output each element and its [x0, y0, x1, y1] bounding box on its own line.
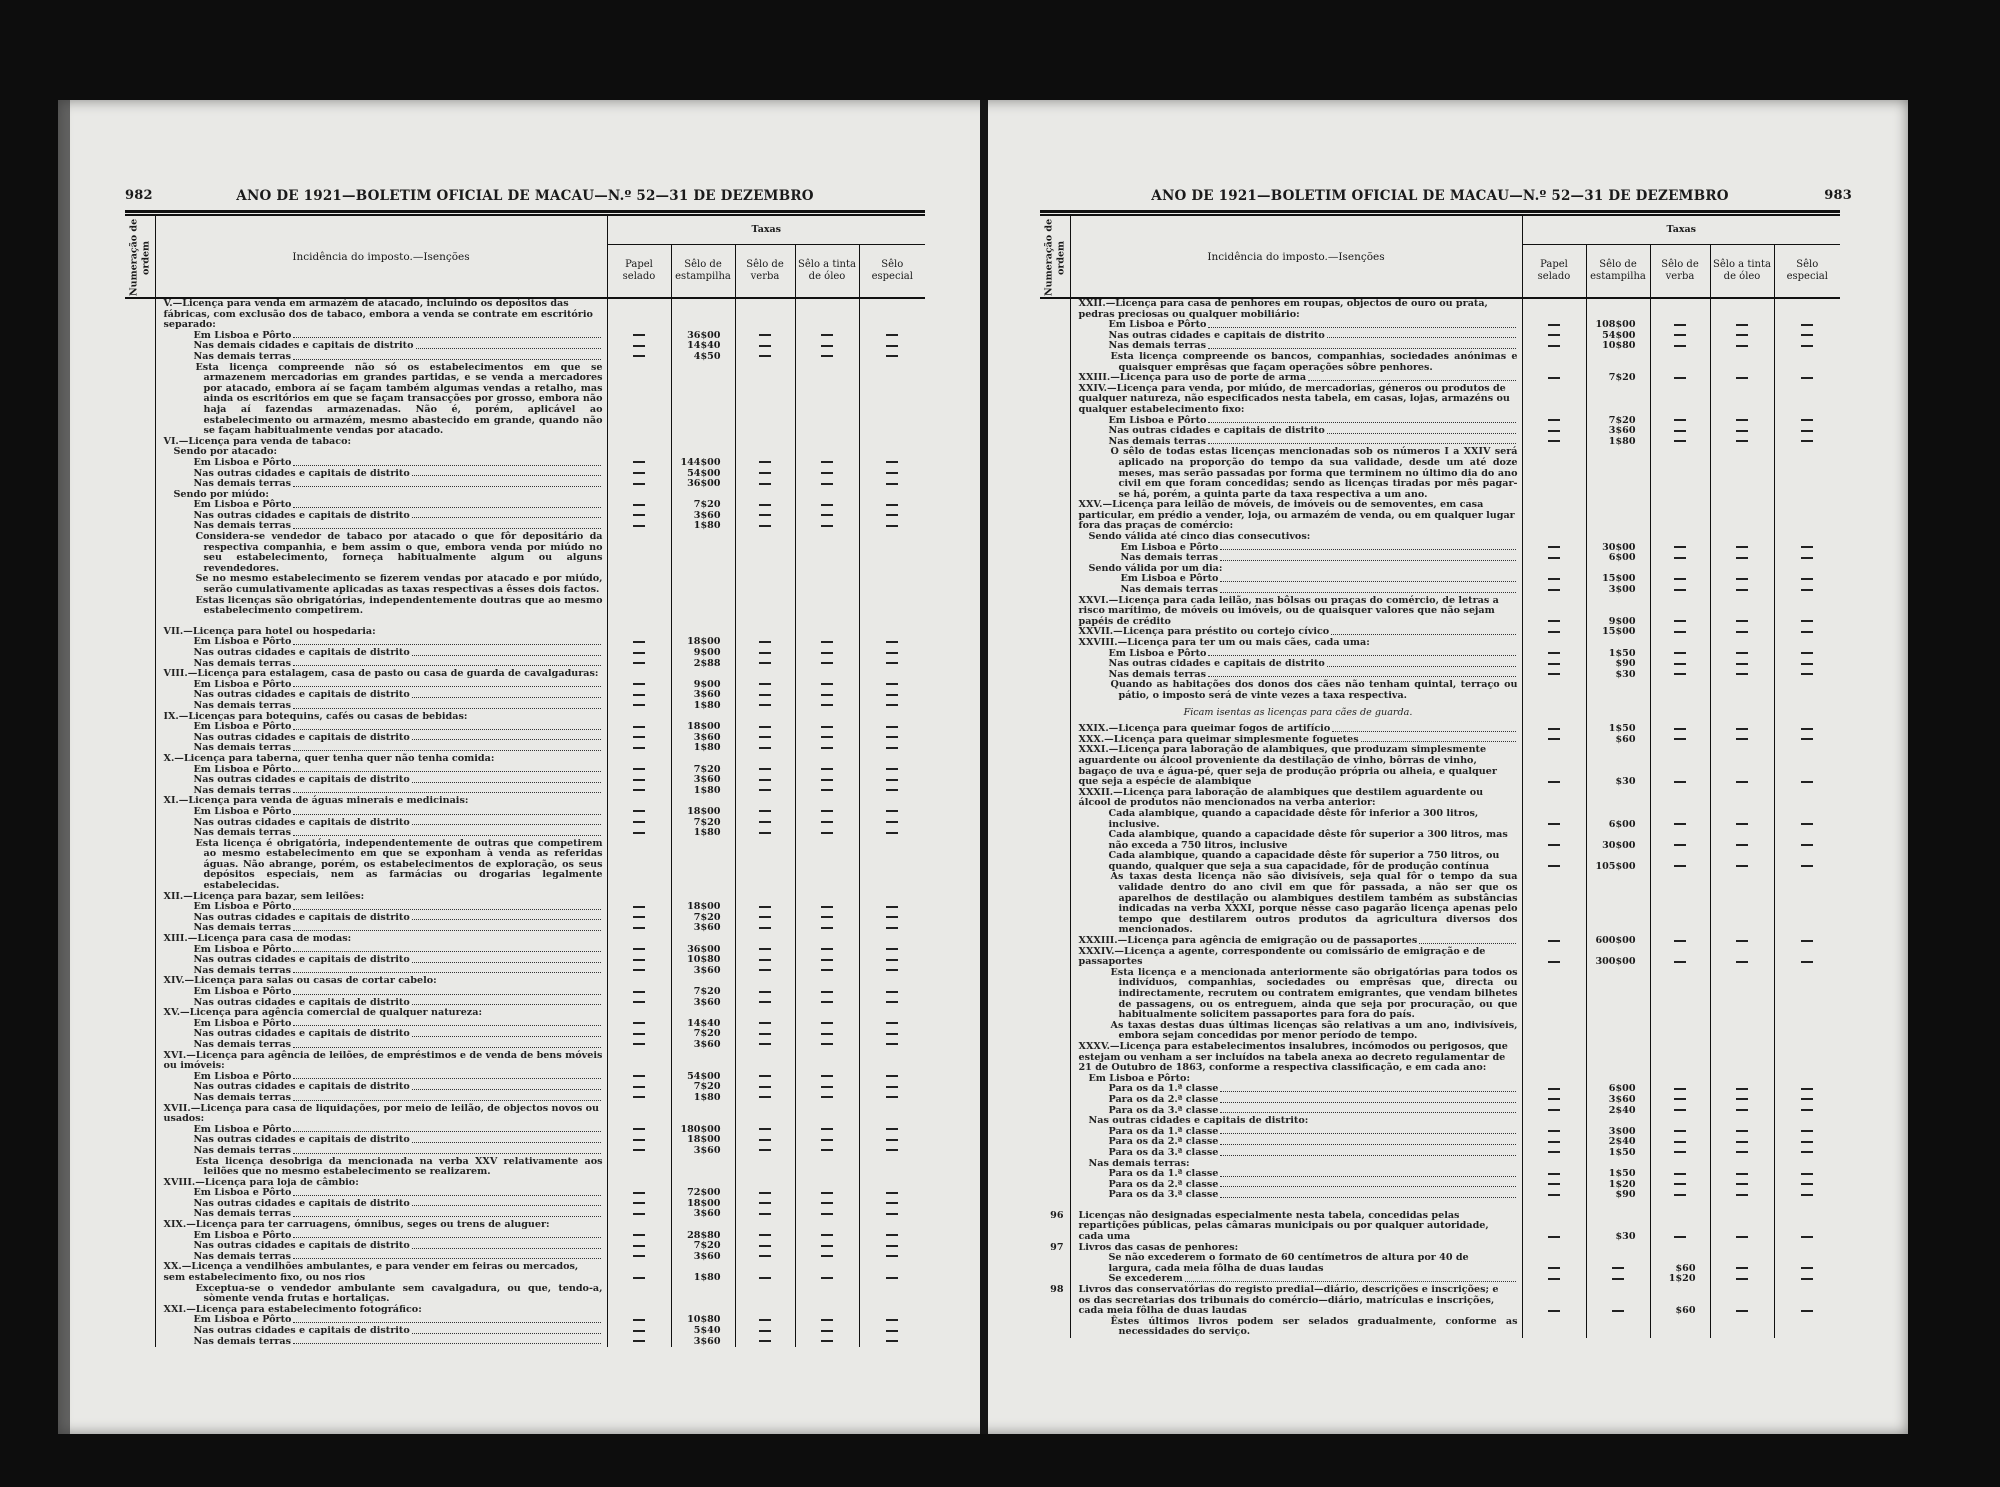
dot-leader: [293, 987, 600, 995]
cell-selo-verba: [735, 669, 795, 680]
cell-selo-tinta-oleo: [795, 1326, 859, 1337]
cell-selo-estampilha: 3$00: [1586, 585, 1650, 596]
cell-selo-estampilha: 1$80: [671, 1093, 735, 1104]
cell-selo-especial: [859, 1008, 925, 1019]
cell-selo-verba: [735, 648, 795, 659]
dash-mark: [759, 355, 771, 357]
text: XIX.—Licença para ter carruagens, ómnibu…: [164, 1219, 550, 1230]
dot-leader: [293, 458, 600, 466]
cell-selo-especial: [1774, 724, 1840, 735]
cell-selo-tinta-oleo: [795, 637, 859, 648]
cell-selo-especial: [1774, 416, 1840, 427]
row-description: Exceptua-se o vendedor ambulante sem cav…: [155, 1284, 607, 1305]
dash-mark: [759, 779, 771, 781]
dash-mark: [759, 1255, 771, 1257]
cell-selo-especial: [859, 469, 925, 480]
dash-mark: [633, 779, 645, 781]
order-number: [125, 341, 155, 352]
cell-papel-selado: [1522, 500, 1586, 532]
dash-mark: [821, 789, 833, 791]
dash-mark: [1736, 663, 1748, 665]
order-number: [125, 712, 155, 723]
cell-papel-selado: [1522, 564, 1586, 575]
cell-papel-selado: [607, 680, 671, 691]
cell-papel-selado: [607, 1082, 671, 1093]
table-row: XXXII.—Licença para laboração de alambiq…: [1040, 788, 1840, 809]
cell-selo-verba: [1650, 680, 1710, 701]
cell-selo-estampilha: [1586, 702, 1650, 725]
cell-selo-estampilha: [671, 298, 735, 331]
cell-selo-tinta-oleo: [1710, 968, 1774, 1021]
text: Cada alambique, quando a capacidade dêst…: [1109, 830, 1514, 851]
cell-papel-selado: [607, 786, 671, 797]
cell-papel-selado: [607, 945, 671, 956]
cell-papel-selado: [607, 1220, 671, 1231]
text: XXII.—Licença para casa de penhores em r…: [1079, 298, 1488, 320]
numbered-text: Licenças não designadas especialmente ne…: [1079, 1211, 1518, 1243]
dash-mark: [1736, 844, 1748, 846]
cell-selo-tinta-oleo: [795, 1209, 859, 1220]
page-number: 982: [125, 185, 153, 207]
text: Para os da 2.ª classe: [1109, 1095, 1219, 1106]
cell-selo-especial: [859, 659, 925, 670]
cell-selo-especial: [859, 1315, 925, 1326]
cell-selo-estampilha: 4$50: [671, 352, 735, 363]
text: Sendo por miúdo:: [174, 489, 269, 500]
cell-selo-tinta-oleo: [795, 1220, 859, 1231]
cell-selo-especial: [1774, 1042, 1840, 1074]
cell-selo-tinta-oleo: [1710, 1243, 1774, 1254]
text: XII.—Licença para bazar, sem leilões:: [164, 891, 365, 902]
cell-selo-verba: [735, 1315, 795, 1326]
heading-text: XXIV.—Licença para venda, por miúdo, de …: [1079, 384, 1518, 416]
cell-selo-especial: [1774, 702, 1840, 725]
note-text: Êstes últimos livros podem ser selados g…: [1079, 1317, 1518, 1338]
order-number: [125, 796, 155, 807]
order-number: [1040, 564, 1070, 575]
cell-selo-especial: [1774, 947, 1840, 968]
cell-papel-selado: [607, 447, 671, 458]
cell-selo-estampilha: 9$00: [671, 648, 735, 659]
cell-selo-tinta-oleo: [1710, 1201, 1774, 1211]
cell-selo-especial: [1774, 735, 1840, 746]
cell-selo-verba: [735, 923, 795, 934]
order-number: [125, 532, 155, 574]
cell-selo-especial: [859, 976, 925, 987]
dash-mark: [1736, 377, 1748, 379]
cell-selo-tinta-oleo: [795, 1262, 859, 1283]
order-number: [1040, 373, 1070, 384]
dash-mark: [1674, 334, 1686, 336]
cell-selo-estampilha: [1586, 1042, 1650, 1074]
dot-leader: [293, 701, 600, 709]
cell-selo-especial: [1774, 585, 1840, 596]
row-description: As taxas desta licença não são divisívei…: [1070, 872, 1522, 936]
order-number: [125, 1178, 155, 1189]
heading-text: XXXV.—Licença para estabelecimentos insa…: [1079, 1042, 1518, 1074]
cell-papel-selado: [1522, 735, 1586, 746]
cell-papel-selado: [607, 839, 671, 892]
dot-leader: [1208, 437, 1515, 445]
cell-selo-verba: [735, 1029, 795, 1040]
dash-mark: [759, 1319, 771, 1321]
cell-selo-especial: [859, 786, 925, 797]
order-number: [125, 469, 155, 480]
dash-mark: [633, 704, 645, 706]
dash-mark: [1548, 440, 1560, 442]
cell-selo-especial: [1774, 1190, 1840, 1201]
cell-selo-verba: [1650, 936, 1710, 947]
cell-selo-especial: [1774, 680, 1840, 701]
dash-mark: [886, 1096, 898, 1098]
cell-selo-estampilha: [1586, 298, 1650, 320]
order-number: [125, 722, 155, 733]
dash-mark: [1548, 546, 1560, 548]
text: IX.—Licenças para botequins, cafés ou ca…: [164, 711, 468, 722]
cell-selo-tinta-oleo: [795, 1082, 859, 1093]
cell-selo-verba: [735, 1135, 795, 1146]
cell-papel-selado: [607, 1125, 671, 1136]
dash-mark: [821, 704, 833, 706]
cell-selo-verba: [735, 1305, 795, 1316]
cell-papel-selado: [1522, 851, 1586, 872]
cell-selo-tinta-oleo: [795, 1252, 859, 1263]
cell-selo-verba: [1650, 1201, 1710, 1211]
cell-papel-selado: [607, 966, 671, 977]
order-number: [125, 648, 155, 659]
dash-mark: [886, 652, 898, 654]
cell-selo-tinta-oleo: [795, 680, 859, 691]
row-description: XXVI.—Licença para cada leilão, nas bôls…: [1070, 596, 1522, 628]
cell-selo-tinta-oleo: [1710, 574, 1774, 585]
table-row: XXXIV.—Licença a agente, correspondente …: [1040, 947, 1840, 968]
cell-selo-verba: [735, 1040, 795, 1051]
dash-mark: [1674, 345, 1686, 347]
dash-mark: [1548, 1267, 1560, 1269]
dot-leader: [412, 648, 601, 656]
order-number: [125, 807, 155, 818]
text: Se no mesmo estabelecimento se fizerem v…: [196, 573, 603, 595]
order-number: [125, 1262, 155, 1283]
order-number: [125, 680, 155, 691]
dot-leader: [293, 680, 600, 688]
cell-selo-estampilha: 1$80: [671, 828, 735, 839]
cell-papel-selado: [607, 458, 671, 469]
text: Nas demais terras:: [1089, 1158, 1190, 1169]
dash-mark: [821, 514, 833, 516]
text: Para os da 3.ª classe: [1109, 1190, 1219, 1201]
item-text: Em Lisboa e Pôrto: [164, 987, 603, 998]
order-number: [125, 1188, 155, 1199]
dot-leader: [1220, 1169, 1515, 1177]
cell-selo-tinta-oleo: [795, 574, 859, 595]
dash-mark: [1674, 377, 1686, 379]
cell-selo-especial: [1774, 1074, 1840, 1085]
dot-leader: [1327, 331, 1516, 339]
cell-selo-tinta-oleo: [795, 955, 859, 966]
dot-leader: [293, 1072, 600, 1080]
cell-selo-tinta-oleo: [1710, 384, 1774, 416]
order-number: [1040, 649, 1070, 660]
cell-selo-tinta-oleo: [1710, 788, 1774, 809]
cell-papel-selado: [1522, 352, 1586, 373]
order-number: [125, 331, 155, 342]
dash-mark: [1801, 865, 1813, 867]
cell-selo-tinta-oleo: [795, 690, 859, 701]
dash-mark: [821, 969, 833, 971]
cell-selo-especial: [859, 521, 925, 532]
cell-papel-selado: [1522, 596, 1586, 628]
cell-selo-tinta-oleo: [795, 701, 859, 712]
cell-papel-selado: [607, 1019, 671, 1030]
cell-selo-estampilha: $30: [1586, 670, 1650, 681]
cell-papel-selado: [1522, 680, 1586, 701]
cell-selo-especial: [859, 796, 925, 807]
dash-mark: [886, 1255, 898, 1257]
text: V.—Licença para venda em armazém de atac…: [164, 298, 593, 330]
dash-mark: [1548, 1130, 1560, 1132]
dash-mark: [1736, 1098, 1748, 1100]
cell-selo-especial: [859, 987, 925, 998]
table-row: O sêlo de todas estas licenças mencionad…: [1040, 447, 1840, 500]
dash-mark: [1548, 823, 1560, 825]
note-text: O sêlo de todas estas licenças mencionad…: [1079, 447, 1518, 500]
dash-mark: [1801, 546, 1813, 548]
row-description: Livros das conservatórias do registo pre…: [1070, 1285, 1522, 1317]
order-number: [125, 1104, 155, 1125]
cell-selo-tinta-oleo: [795, 1199, 859, 1210]
cell-selo-tinta-oleo: [1710, 585, 1774, 596]
dash-mark: [1612, 1278, 1624, 1280]
cell-selo-estampilha: 1$80: [671, 701, 735, 712]
cell-papel-selado: [607, 818, 671, 829]
dash-mark: [633, 1319, 645, 1321]
cell-selo-estampilha: $90: [1586, 1190, 1650, 1201]
cell-selo-estampilha: [671, 532, 735, 574]
order-number: [125, 828, 155, 839]
cell-selo-estampilha: [1586, 500, 1650, 532]
row-description: Esta licença é obrigatória, independente…: [155, 839, 607, 892]
order-number: [1040, 500, 1070, 532]
cell-selo-especial: [1774, 331, 1840, 342]
cell-papel-selado: [607, 733, 671, 744]
order-number: [125, 637, 155, 648]
dash-mark: [633, 916, 645, 918]
dot-leader: [1220, 585, 1515, 593]
cell-selo-verba: [735, 532, 795, 574]
cell-selo-tinta-oleo: [1710, 447, 1774, 500]
text: Esta licença compreende não só os estabe…: [196, 362, 603, 437]
note-text: Estas licenças são obrigatórias, indepen…: [164, 596, 603, 617]
dash-mark: [1801, 1194, 1813, 1196]
dash-mark: [633, 969, 645, 971]
cell-papel-selado: [607, 574, 671, 595]
dash-mark: [633, 1277, 645, 1279]
col-selo-estampilha: Sêlo de estampilha: [1586, 244, 1650, 298]
dash-mark: [1736, 1183, 1748, 1185]
cell-papel-selado: [1522, 809, 1586, 830]
cell-selo-especial: [1774, 1243, 1840, 1254]
cell-selo-especial: [859, 1135, 925, 1146]
dash-mark: [759, 461, 771, 463]
cell-selo-tinta-oleo: [1710, 373, 1774, 384]
dash-mark: [821, 1086, 833, 1088]
cell-selo-especial: [1774, 1127, 1840, 1138]
cell-selo-tinta-oleo: [795, 1284, 859, 1305]
text: XVII.—Licença para casa de liquidações, …: [164, 1103, 600, 1125]
cell-papel-selado: [607, 469, 671, 480]
order-number: [1040, 1190, 1070, 1201]
dash-mark: [886, 832, 898, 834]
dash-mark: [1548, 1141, 1560, 1143]
order-number: [1040, 298, 1070, 320]
cell-papel-selado: [607, 1199, 671, 1210]
cell-selo-estampilha: 7$20: [671, 987, 735, 998]
dash-mark: [886, 927, 898, 929]
cell-selo-especial: [1774, 1116, 1840, 1127]
dash-mark: [1801, 1278, 1813, 1280]
cell-papel-selado: [1522, 968, 1586, 1021]
cell-selo-tinta-oleo: [1710, 1042, 1774, 1074]
order-number: [1040, 735, 1070, 746]
dash-mark: [759, 345, 771, 347]
dash-mark: [759, 1128, 771, 1130]
cell-selo-estampilha: 1$80: [671, 521, 735, 532]
cell-selo-verba: [735, 1072, 795, 1083]
dash-mark: [633, 1255, 645, 1257]
cell-selo-tinta-oleo: [795, 1008, 859, 1019]
text: As taxas desta licença não são divisívei…: [1111, 871, 1518, 935]
cell-papel-selado: [607, 1146, 671, 1157]
dash-mark: [1548, 589, 1560, 591]
cell-selo-verba: [1650, 1074, 1710, 1085]
dash-mark: [633, 1340, 645, 1342]
row-description: Quando as habitações dos donos dos cães …: [1070, 680, 1522, 701]
dash-mark: [1736, 1109, 1748, 1111]
cell-papel-selado: [607, 341, 671, 352]
order-number: [1040, 1137, 1070, 1148]
cell-papel-selado: [607, 1135, 671, 1146]
cell-selo-tinta-oleo: [795, 627, 859, 638]
row-description: Considera-se vendedor de tabaco por atac…: [155, 532, 607, 574]
cell-papel-selado: [1522, 1253, 1586, 1274]
dash-mark: [886, 948, 898, 950]
cell-selo-verba: [735, 1262, 795, 1283]
row-description: As taxas destas duas últimas licenças sã…: [1070, 1021, 1522, 1042]
cell-selo-verba: [735, 574, 795, 595]
cell-papel-selado: [1522, 1127, 1586, 1138]
dot-leader: [293, 1093, 600, 1101]
dash-mark: [1674, 1088, 1686, 1090]
dash-mark: [821, 810, 833, 812]
left-table-body: V.—Licença para venda em armazém de atac…: [125, 298, 925, 1347]
table-row: Para os da 2.ª classe3$60: [1040, 1095, 1840, 1106]
cell-selo-tinta-oleo: [795, 1125, 859, 1136]
cell-selo-verba: [735, 796, 795, 807]
heading-text: V.—Licença para venda em armazém de atac…: [164, 299, 603, 331]
cell-selo-tinta-oleo: [1710, 851, 1774, 872]
cell-selo-especial: [1774, 1201, 1840, 1211]
dash-mark: [1801, 652, 1813, 654]
dash-mark: [633, 472, 645, 474]
cell-selo-especial: [859, 680, 925, 691]
cell-papel-selado: [1522, 1148, 1586, 1159]
order-number: [1040, 702, 1070, 725]
dot-leader: [293, 1252, 600, 1260]
dash-mark: [886, 662, 898, 664]
text: XXVI.—Licença para cada leilão, nas bôls…: [1079, 596, 1514, 628]
dash-mark: [633, 461, 645, 463]
cell-selo-verba: [735, 458, 795, 469]
dash-mark: [821, 736, 833, 738]
cell-papel-selado: [607, 1337, 671, 1348]
cell-selo-especial: [859, 574, 925, 595]
text: Livros das conservatórias do registo pre…: [1079, 1285, 1514, 1317]
cell-selo-verba: [1650, 437, 1710, 448]
order-number: [1040, 426, 1070, 437]
dash-mark: [821, 683, 833, 685]
cell-selo-tinta-oleo: [795, 1157, 859, 1178]
dash-mark: [759, 1234, 771, 1236]
dash-mark: [1548, 1310, 1560, 1312]
cell-selo-tinta-oleo: [1710, 1274, 1774, 1285]
dash-mark: [633, 959, 645, 961]
dot-leader: [1220, 1106, 1515, 1114]
item-text: Para os da 3.ª classe: [1079, 1190, 1518, 1201]
order-number: 97: [1040, 1243, 1070, 1254]
cell-selo-especial: [859, 722, 925, 733]
order-number: [1040, 670, 1070, 681]
dash-mark: [1801, 1130, 1813, 1132]
dash-mark: [633, 355, 645, 357]
text: Se não excederem o formato de 60 centíme…: [1109, 1253, 1514, 1274]
dot-leader: [412, 1135, 601, 1143]
note-text: Esta licença desobriga da mencionada na …: [164, 1157, 603, 1178]
dash-mark: [759, 1043, 771, 1045]
dash-mark: [1674, 1173, 1686, 1175]
cell-selo-tinta-oleo: [795, 839, 859, 892]
order-number: [1040, 1317, 1070, 1338]
dot-leader: [293, 945, 600, 953]
table-row: Êstes últimos livros podem ser selados g…: [1040, 1317, 1840, 1338]
order-number: [125, 1326, 155, 1337]
cell-papel-selado: [607, 479, 671, 490]
dash-mark: [1736, 1173, 1748, 1175]
cell-selo-verba: [1650, 872, 1710, 936]
cell-papel-selado: [1522, 1317, 1586, 1338]
cell-papel-selado: [607, 892, 671, 903]
dash-mark: [886, 1202, 898, 1204]
cell-selo-especial: [859, 998, 925, 1009]
cell-papel-selado: [607, 648, 671, 659]
cell-selo-especial: [859, 479, 925, 490]
col-selo-tinta-oleo: Sêlo a tinta de óleo: [795, 244, 859, 298]
cell-selo-tinta-oleo: [795, 712, 859, 723]
dot-leader: [293, 1040, 600, 1048]
cell-selo-tinta-oleo: [795, 1146, 859, 1157]
heading-text: XXV.—Licença para leilão de móveis, de i…: [1079, 500, 1518, 532]
order-number: [125, 521, 155, 532]
dot-leader: [293, 722, 600, 730]
cell-selo-especial: [859, 966, 925, 977]
order-number: [1040, 574, 1070, 585]
cell-papel-selado: [1522, 1190, 1586, 1201]
cell-papel-selado: [1522, 320, 1586, 331]
dot-leader: [1308, 373, 1515, 381]
dash-mark: [1736, 865, 1748, 867]
cell-selo-especial: [859, 1326, 925, 1337]
dash-mark: [821, 1234, 833, 1236]
